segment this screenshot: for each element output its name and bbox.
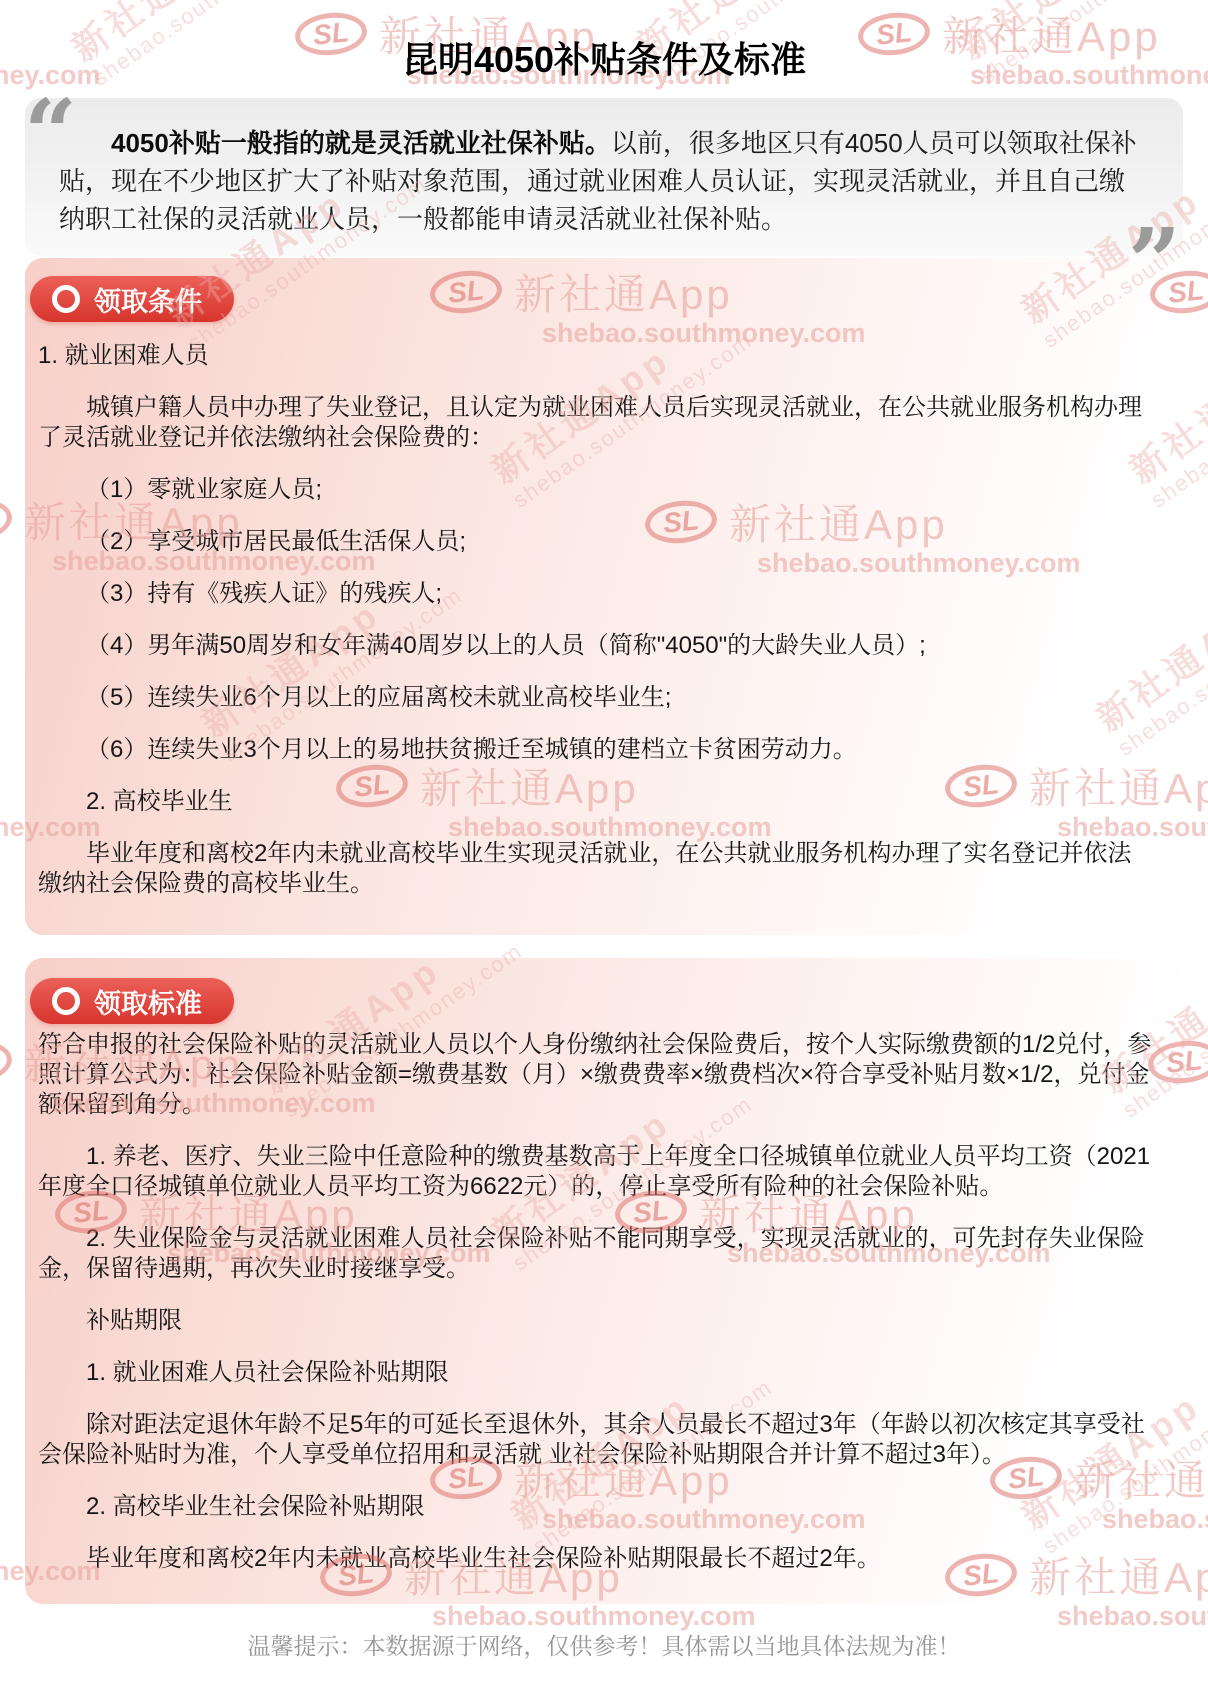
paragraph: （3）持有《残疾人证》的残疾人; — [38, 579, 1153, 609]
section-conditions-body: 1. 就业困难人员城镇户籍人员中办理了失业登记，且认定为就业困难人员后实现灵活就… — [25, 258, 1183, 899]
paragraph: 城镇户籍人员中办理了失业登记，且认定为就业困难人员后实现灵活就业，在公共就业服务… — [38, 393, 1153, 453]
paragraph: 2. 失业保险金与灵活就业困难人员社会保险补贴不能同期享受，实现灵活就业的，可先… — [38, 1224, 1153, 1284]
paragraph: 除对距法定退休年龄不足5年的可延长至退休外，其余人员最长不超过3年（年龄以初次核… — [38, 1410, 1153, 1470]
paragraph: 补贴期限 — [38, 1306, 1153, 1336]
paragraph: 毕业年度和离校2年内未就业高校毕业生实现灵活就业，在公共就业服务机构办理了实名登… — [38, 839, 1153, 899]
circle-ring-icon — [52, 987, 80, 1015]
document-page: SL新社通Appshebao.southmoney.comSL新社通Appshe… — [0, 0, 1208, 1686]
paragraph: （1）零就业家庭人员; — [38, 475, 1153, 505]
section-conditions-badge: 领取条件 — [30, 276, 234, 322]
paragraph: （5）连续失业6个月以上的应届离校未就业高校毕业生; — [38, 683, 1153, 713]
section-standards: 领取标准 符合申报的社会保险补贴的灵活就业人员以个人身份缴纳社会保险费后，按个人… — [25, 958, 1183, 1604]
paragraph: （6）连续失业3个月以上的易地扶贫搬迁至城镇的建档立卡贫困劳动力。 — [38, 735, 1153, 765]
paragraph: 毕业年度和离校2年内未就业高校毕业生社会保险补贴期限最长不超过2年。 — [38, 1544, 1153, 1574]
paragraph: 1. 养老、医疗、失业三险中任意险种的缴费基数高于上年度全口径城镇单位就业人员平… — [38, 1142, 1153, 1202]
page-title: 昆明4050补贴条件及标准 — [0, 32, 1208, 83]
paragraph: 1. 就业困难人员社会保险补贴期限 — [38, 1358, 1153, 1388]
paragraph: 符合申报的社会保险补贴的灵活就业人员以个人身份缴纳社会保险费后，按个人实际缴费额… — [38, 1030, 1153, 1120]
section-conditions-badge-label: 领取条件 — [94, 280, 202, 319]
intro-paragraph: 4050补贴一般指的就是灵活就业社保补贴。以前，很多地区只有4050人员可以领取… — [59, 124, 1149, 238]
paragraph: 2. 高校毕业生社会保险补贴期限 — [38, 1492, 1153, 1522]
section-standards-badge: 领取标准 — [30, 978, 234, 1024]
section-standards-badge-label: 领取标准 — [94, 982, 202, 1021]
intro-bold-text: 4050补贴一般指的就是灵活就业社保补贴。 — [111, 128, 611, 158]
paragraph: 2. 高校毕业生 — [38, 787, 1153, 817]
paragraph: （4）男年满50周岁和女年满40周岁以上的人员（简称"4050"的大龄失业人员）… — [38, 631, 1153, 661]
intro-quote-box: 4050补贴一般指的就是灵活就业社保补贴。以前，很多地区只有4050人员可以领取… — [25, 98, 1183, 256]
section-conditions: 领取条件 1. 就业困难人员城镇户籍人员中办理了失业登记，且认定为就业困难人员后… — [25, 258, 1183, 935]
circle-ring-icon — [52, 285, 80, 313]
brand-logo-icon: SL — [0, 495, 14, 544]
section-standards-body: 符合申报的社会保险补贴的灵活就业人员以个人身份缴纳社会保险费后，按个人实际缴费额… — [25, 958, 1183, 1574]
footer-disclaimer: 温馨提示：本数据源于网络，仅供参考！具体需以当地具体法规为准！ — [0, 1628, 1208, 1661]
paragraph: （2）享受城市居民最低生活保人员; — [38, 527, 1153, 557]
paragraph: 1. 就业困难人员 — [38, 341, 1153, 371]
brand-logo-icon: SL — [0, 1037, 14, 1086]
